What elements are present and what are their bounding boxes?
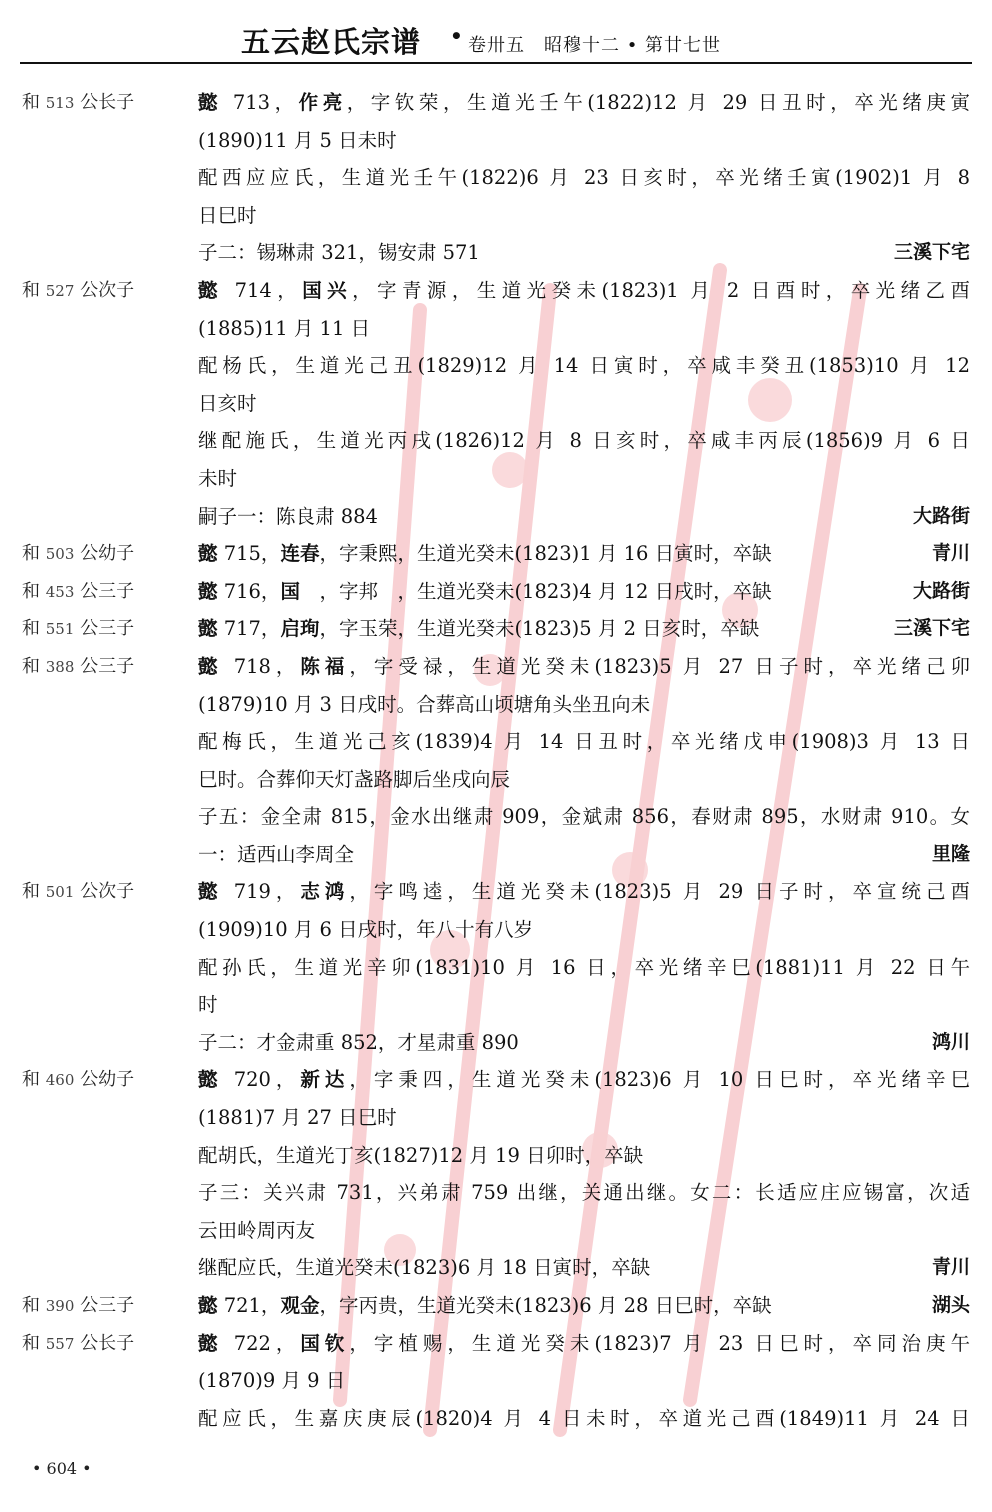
entry-text: 配梅氏，生道光己亥(1839)4 月 14 日丑时，卒光绪戊申(1908)3 月… <box>198 723 970 761</box>
entry-text: 懿 716，国 ，字邦 ，生道光癸未(1823)4 月 12 日戌时，卒缺 <box>198 573 852 611</box>
father-number: 390 <box>46 1297 75 1315</box>
father-prefix: 和 <box>22 543 40 564</box>
father-prefix: 和 <box>22 1295 40 1316</box>
father-reference: 和 527 公次子 <box>22 272 134 311</box>
father-reference: 和 557 公长子 <box>22 1325 134 1364</box>
entry-line: 配孙氏，生道光辛卯(1831)10 月 16 日，卒光绪辛巳(1881)11 月… <box>0 949 992 987</box>
genealogy-entry: 和 390 公三子懿 721，观金，字丙贵，生道光癸未(1823)6 月 28 … <box>0 1287 992 1325</box>
residence-place: 鸿川 <box>932 1024 970 1062</box>
entry-text: 配应氏，生嘉庆庚辰(1820)4 月 4 日未时，卒道光己酉(1849)11 月… <box>198 1400 970 1438</box>
entry-text: 子二：锡琳肃 321，锡安肃 571 <box>198 234 852 272</box>
entry-text: 懿 717，启珣，字玉荣，生道光癸未(1823)5 月 2 日亥时，卒缺 <box>198 610 852 648</box>
entry-text: 继配施氏，生道光丙戌(1826)12 月 8 日亥时，卒咸丰丙辰(1856)9 … <box>198 422 970 460</box>
entry-line: 配梅氏，生道光己亥(1839)4 月 14 日丑时，卒光绪戊申(1908)3 月… <box>0 723 992 761</box>
genealogy-entries: 和 513 公长子懿 713，作亮，字钦荣，生道光壬午(1822)12 月 29… <box>0 84 992 1437</box>
entry-line: 和 501 公次子懿 719，志鸿，字鸣逵，生道光癸未(1823)5 月 29 … <box>0 873 992 911</box>
genealogy-entry: 和 460 公幼子懿 720，新达，字秉四，生道光癸未(1823)6 月 10 … <box>0 1061 992 1287</box>
entry-line: 和 388 公三子懿 718，陈福，字受禄，生道光癸未(1823)5 月 27 … <box>0 648 992 686</box>
entry-line: 嗣子一：陈良肃 884大路街 <box>0 498 992 536</box>
residence-place: 三溪下宅 <box>894 234 970 272</box>
son-rank: 公幼子 <box>80 1069 134 1090</box>
father-prefix: 和 <box>22 1333 40 1354</box>
father-number: 503 <box>46 545 75 563</box>
residence-place: 青川 <box>932 1249 970 1287</box>
entry-text: (1881)7 月 27 日巳时 <box>198 1099 970 1137</box>
entry-text: 配孙氏，生道光辛卯(1831)10 月 16 日，卒光绪辛巳(1881)11 月… <box>198 949 970 987</box>
son-rank: 公长子 <box>80 1333 134 1354</box>
entry-text: 懿 721，观金，字丙贵，生道光癸未(1823)6 月 28 日巳时，卒缺 <box>198 1287 852 1325</box>
residence-place: 大路街 <box>913 498 970 536</box>
entry-text: (1870)9 月 9 日 <box>198 1362 970 1400</box>
father-reference: 和 388 公三子 <box>22 648 134 687</box>
entry-text: 未时 <box>198 460 970 498</box>
father-reference: 和 390 公三子 <box>22 1287 134 1326</box>
entry-line: 和 453 公三子懿 716，国 ，字邦 ，生道光癸未(1823)4 月 12 … <box>0 573 992 611</box>
entry-line: 和 551 公三子懿 717，启珣，字玉荣，生道光癸未(1823)5 月 2 日… <box>0 610 992 648</box>
entry-line: 配杨氏，生道光己丑(1829)12 月 14 日寅时，卒咸丰癸丑(1853)10… <box>0 347 992 385</box>
entry-line: (1890)11 月 5 日未时 <box>0 122 992 160</box>
entry-line: 子二：才金肃重 852，才星肃重 890鸿川 <box>0 1024 992 1062</box>
entry-line: 配胡氏，生道光丁亥(1827)12 月 19 日卯时，卒缺 <box>0 1137 992 1175</box>
father-number: 460 <box>46 1071 75 1089</box>
genealogy-entry: 和 527 公次子懿 714，国兴，字青源，生道光癸未(1823)1 月 2 日… <box>0 272 992 535</box>
father-reference: 和 551 公三子 <box>22 610 134 649</box>
entry-line: (1881)7 月 27 日巳时 <box>0 1099 992 1137</box>
son-rank: 公幼子 <box>80 543 134 564</box>
father-reference: 和 460 公幼子 <box>22 1061 134 1100</box>
father-number: 513 <box>46 94 75 112</box>
son-rank: 公长子 <box>80 92 134 113</box>
page-number: • 604 • <box>32 1459 92 1478</box>
page-header: 五云赵氏宗谱 • 卷卅五 昭穆十二 • 第廿七世 <box>0 0 992 64</box>
entry-text: (1890)11 月 5 日未时 <box>198 122 970 160</box>
residence-place: 大路街 <box>913 573 970 611</box>
entry-line: 日巳时 <box>0 197 992 235</box>
son-rank: 公次子 <box>80 280 134 301</box>
entry-text: 嗣子一：陈良肃 884 <box>198 498 852 536</box>
entry-text: 巳时。合葬仰天灯盏路脚后坐戌向辰 <box>198 761 970 799</box>
father-number: 501 <box>46 883 75 901</box>
entry-text: 配胡氏，生道光丁亥(1827)12 月 19 日卯时，卒缺 <box>198 1137 970 1175</box>
residence-place: 里隆 <box>932 836 970 874</box>
son-rank: 公三子 <box>80 656 134 677</box>
entry-line: 云田岭周丙友 <box>0 1212 992 1250</box>
entry-line: 子二：锡琳肃 321，锡安肃 571三溪下宅 <box>0 234 992 272</box>
entry-line: 继配施氏，生道光丙戌(1826)12 月 8 日亥时，卒咸丰丙辰(1856)9 … <box>0 422 992 460</box>
father-prefix: 和 <box>22 1069 40 1090</box>
father-number: 527 <box>46 282 75 300</box>
entry-text: 日亥时 <box>198 385 970 423</box>
book-title: 五云赵氏宗谱 <box>241 20 421 61</box>
entry-line: 和 513 公长子懿 713，作亮，字钦荣，生道光壬午(1822)12 月 29… <box>0 84 992 122</box>
father-prefix: 和 <box>22 92 40 113</box>
genealogy-entry: 和 551 公三子懿 717，启珣，字玉荣，生道光癸未(1823)5 月 2 日… <box>0 610 992 648</box>
entry-text: 懿 713，作亮，字钦荣，生道光壬午(1822)12 月 29 日丑时，卒光绪庚… <box>198 84 970 122</box>
father-reference: 和 503 公幼子 <box>22 535 134 574</box>
father-prefix: 和 <box>22 656 40 677</box>
entry-text: 懿 719，志鸿，字鸣逵，生道光癸未(1823)5 月 29 日子时，卒宣统己酉 <box>198 873 970 911</box>
son-rank: 公三子 <box>80 618 134 639</box>
father-number: 388 <box>46 658 75 676</box>
entry-line: 和 503 公幼子懿 715，连春，字秉熙，生道光癸未(1823)1 月 16 … <box>0 535 992 573</box>
residence-place: 三溪下宅 <box>894 610 970 648</box>
entry-text: 懿 720，新达，字秉四，生道光癸未(1823)6 月 10 日巳时，卒光绪辛巳 <box>198 1061 970 1099</box>
entry-text: 懿 718，陈福，字受禄，生道光癸未(1823)5 月 27 日子时，卒光绪己卯 <box>198 648 970 686</box>
entry-text: 懿 722，国钦，字植赐，生道光癸未(1823)7 月 23 日巳时，卒同治庚午 <box>198 1325 970 1363</box>
entry-text: (1909)10 月 6 日戌时，年八十有八岁 <box>198 911 970 949</box>
son-rank: 公次子 <box>80 881 134 902</box>
residence-place: 青川 <box>932 535 970 573</box>
entry-line: 日亥时 <box>0 385 992 423</box>
entry-line: 时 <box>0 986 992 1024</box>
entry-line: 配应氏，生嘉庆庚辰(1820)4 月 4 日未时，卒道光己酉(1849)11 月… <box>0 1400 992 1438</box>
entry-text: 日巳时 <box>198 197 970 235</box>
father-reference: 和 453 公三子 <box>22 573 134 612</box>
entry-line: 未时 <box>0 460 992 498</box>
entry-text: 云田岭周丙友 <box>198 1212 970 1250</box>
father-prefix: 和 <box>22 618 40 639</box>
entry-line: (1909)10 月 6 日戌时，年八十有八岁 <box>0 911 992 949</box>
entry-line: 配西应应氏，生道光壬午(1822)6 月 23 日亥时，卒光绪壬寅(1902)1… <box>0 159 992 197</box>
entry-text: 继配应氏，生道光癸未(1823)6 月 18 日寅时，卒缺 <box>198 1249 852 1287</box>
genealogy-entry: 和 557 公长子懿 722，国钦，字植赐，生道光癸未(1823)7 月 23 … <box>0 1325 992 1438</box>
entry-text: 时 <box>198 986 970 1024</box>
father-reference: 和 513 公长子 <box>22 84 134 123</box>
entry-line: 子五：金全肃 815，金水出继肃 909，金斌肃 856，春财肃 895，水财肃… <box>0 798 992 836</box>
entry-line: 和 557 公长子懿 722，国钦，字植赐，生道光癸未(1823)7 月 23 … <box>0 1325 992 1363</box>
genealogy-entry: 和 513 公长子懿 713，作亮，字钦荣，生道光壬午(1822)12 月 29… <box>0 84 992 272</box>
entry-text: 子三：关兴肃 731，兴弟肃 759 出继，关通出继。女二：长适应庄应锡富，次适 <box>198 1174 970 1212</box>
entry-line: 和 390 公三子懿 721，观金，字丙贵，生道光癸未(1823)6 月 28 … <box>0 1287 992 1325</box>
volume-subtitle: 卷卅五 昭穆十二 • 第廿七世 <box>468 31 721 57</box>
entry-text: 子五：金全肃 815，金水出继肃 909，金斌肃 856，春财肃 895，水财肃… <box>198 798 970 836</box>
entry-text: 子二：才金肃重 852，才星肃重 890 <box>198 1024 852 1062</box>
entry-text: 懿 715，连春，字秉熙，生道光癸未(1823)1 月 16 日寅时，卒缺 <box>198 535 852 573</box>
entry-line: (1879)10 月 3 日戌时。合葬高山顷塘角头坐丑向未 <box>0 686 992 724</box>
genealogy-entry: 和 388 公三子懿 718，陈福，字受禄，生道光癸未(1823)5 月 27 … <box>0 648 992 874</box>
genealogy-entry: 和 503 公幼子懿 715，连春，字秉熙，生道光癸未(1823)1 月 16 … <box>0 535 992 573</box>
entry-line: 和 527 公次子懿 714，国兴，字青源，生道光癸未(1823)1 月 2 日… <box>0 272 992 310</box>
entry-line: (1870)9 月 9 日 <box>0 1362 992 1400</box>
son-rank: 公三子 <box>80 581 134 602</box>
entry-text: 配杨氏，生道光己丑(1829)12 月 14 日寅时，卒咸丰癸丑(1853)10… <box>198 347 970 385</box>
father-reference: 和 501 公次子 <box>22 873 134 912</box>
entry-line: 和 460 公幼子懿 720，新达，字秉四，生道光癸未(1823)6 月 10 … <box>0 1061 992 1099</box>
header-rule <box>20 62 972 64</box>
father-number: 557 <box>46 1335 75 1353</box>
entry-text: 配西应应氏，生道光壬午(1822)6 月 23 日亥时，卒光绪壬寅(1902)1… <box>198 159 970 197</box>
entry-line: 巳时。合葬仰天灯盏路脚后坐戌向辰 <box>0 761 992 799</box>
father-prefix: 和 <box>22 881 40 902</box>
title-separator: • <box>450 24 463 48</box>
father-number: 453 <box>46 583 75 601</box>
father-number: 551 <box>46 620 75 638</box>
residence-place: 湖头 <box>932 1287 970 1325</box>
father-prefix: 和 <box>22 280 40 301</box>
father-prefix: 和 <box>22 581 40 602</box>
entry-line: 继配应氏，生道光癸未(1823)6 月 18 日寅时，卒缺青川 <box>0 1249 992 1287</box>
entry-line: 一：适西山李周全里隆 <box>0 836 992 874</box>
entry-line: 子三：关兴肃 731，兴弟肃 759 出继，关通出继。女二：长适应庄应锡富，次适 <box>0 1174 992 1212</box>
genealogy-entry: 和 501 公次子懿 719，志鸿，字鸣逵，生道光癸未(1823)5 月 29 … <box>0 873 992 1061</box>
genealogy-entry: 和 453 公三子懿 716，国 ，字邦 ，生道光癸未(1823)4 月 12 … <box>0 573 992 611</box>
entry-text: 懿 714，国兴，字青源，生道光癸未(1823)1 月 2 日酉时，卒光绪乙酉 <box>198 272 970 310</box>
son-rank: 公三子 <box>80 1295 134 1316</box>
entry-text: (1879)10 月 3 日戌时。合葬高山顷塘角头坐丑向未 <box>198 686 970 724</box>
entry-text: (1885)11 月 11 日 <box>198 310 970 348</box>
entry-text: 一：适西山李周全 <box>198 836 852 874</box>
entry-line: (1885)11 月 11 日 <box>0 310 992 348</box>
